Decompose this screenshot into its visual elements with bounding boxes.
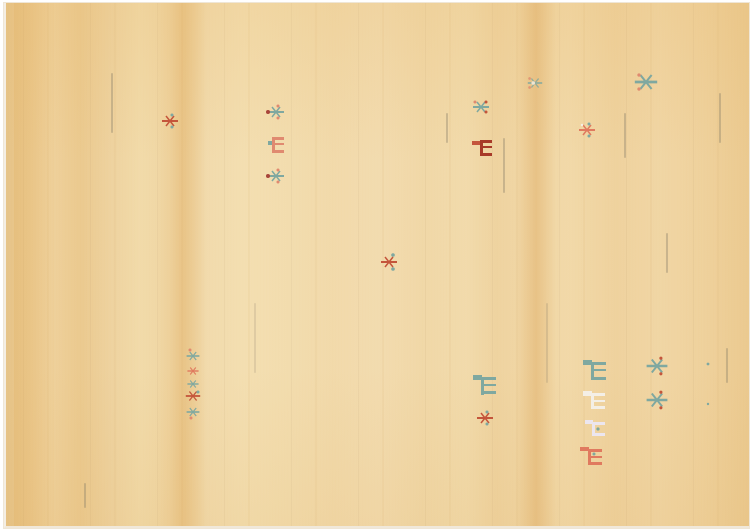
motif-layer bbox=[0, 0, 750, 529]
tree-column-motif-icon bbox=[186, 349, 200, 420]
animal-motif-icon bbox=[585, 420, 605, 436]
tree-motif-icon bbox=[162, 114, 178, 129]
tree-motif-icon bbox=[477, 411, 493, 426]
tree-motif-icon bbox=[528, 77, 542, 89]
tree-motif-icon bbox=[579, 123, 595, 138]
tree-motif-icon bbox=[266, 105, 284, 120]
animal-motif-icon bbox=[268, 137, 284, 153]
animal-motif-icon bbox=[472, 140, 492, 156]
tree-motif-icon bbox=[266, 169, 284, 184]
animal-motif-icon bbox=[583, 391, 605, 409]
tree-motif-icon bbox=[647, 357, 668, 376]
tree-motif-icon bbox=[473, 101, 489, 114]
tree-motif-icon bbox=[635, 73, 657, 90]
stray-dot bbox=[707, 363, 710, 366]
animal-motif-icon bbox=[583, 360, 606, 380]
tree-motif-icon bbox=[381, 253, 397, 271]
stray-dot bbox=[707, 403, 709, 405]
tree-motif-icon bbox=[647, 391, 668, 410]
animal-motif-icon bbox=[580, 447, 602, 465]
animal-motif-icon bbox=[473, 375, 496, 395]
